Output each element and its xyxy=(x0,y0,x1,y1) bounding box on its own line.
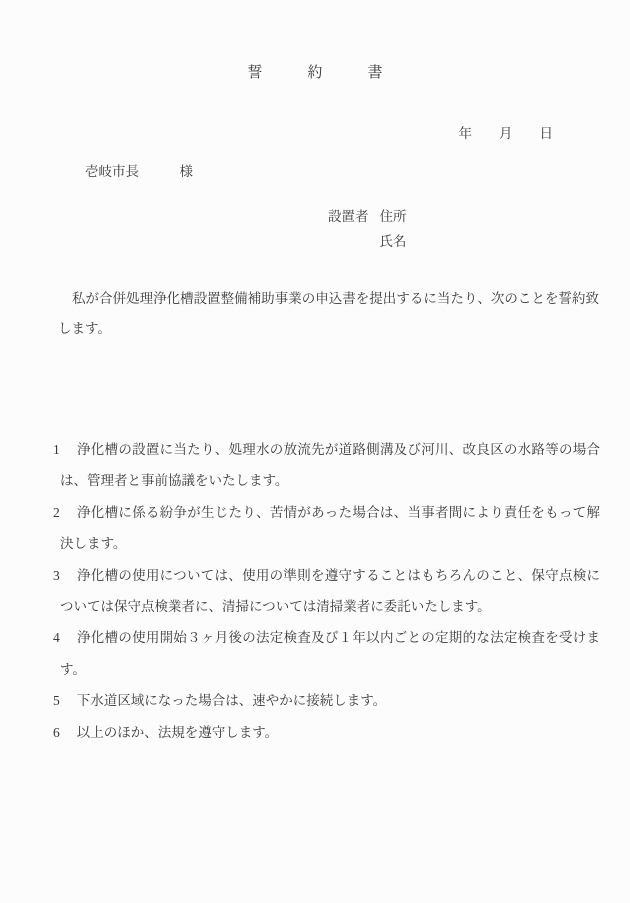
pledge-item-2-number: 2 xyxy=(53,505,60,520)
pledge-list: 1浄化槽の設置に当たり、処理水の放流先が道路側溝及び河川、改良区の水路等の場合は… xyxy=(53,434,600,748)
intro-paragraph: 私が合併処理浄化槽設置整備補助事業の申込書を提出するに当たり、次のことを誓約致し… xyxy=(58,284,599,344)
pledge-item-4-text: 浄化槽の使用開始３ヶ月後の法定検査及び１年以内ごとの定期的な法定検査を受けます。 xyxy=(60,630,600,676)
pledge-item-6: 6以上のほか、法規を遵守します。 xyxy=(53,717,600,748)
pledge-item-1: 1浄化槽の設置に当たり、処理水の放流先が道路側溝及び河川、改良区の水路等の場合は… xyxy=(53,434,600,497)
date-line: 年 月 日 xyxy=(0,124,553,144)
pledge-item-2-text: 浄化槽に係る紛争が生じたり、苦情があった場合は、当事者間により責任をもって解決し… xyxy=(60,505,600,551)
pledge-document-page: 誓 約 書 年 月 日 壱岐市長 様 設置者 住所 氏名 私が合併処理浄化槽設置… xyxy=(0,0,630,903)
pledge-item-1-number: 1 xyxy=(53,442,60,457)
installer-block: 設置者 住所 氏名 xyxy=(328,204,407,254)
pledge-item-1-text: 浄化槽の設置に当たり、処理水の放流先が道路側溝及び河川、改良区の水路等の場合は、… xyxy=(60,442,600,488)
pledge-item-6-text: 以上のほか、法規を遵守します。 xyxy=(77,725,278,740)
addressee-line: 壱岐市長 様 xyxy=(85,162,193,182)
pledge-item-5-number: 5 xyxy=(53,693,60,708)
document-title: 誓 約 書 xyxy=(0,62,630,84)
pledge-item-6-number: 6 xyxy=(53,725,60,740)
pledge-item-4-number: 4 xyxy=(53,630,60,645)
pledge-item-5: 5下水道区域になった場合は、速やかに接続します。 xyxy=(53,685,600,716)
pledge-item-3-text: 浄化槽の使用については、使用の準則を遵守することはもちろんのこと、保守点検につい… xyxy=(60,568,600,614)
installer-fields: 住所 氏名 xyxy=(380,204,407,254)
pledge-item-2: 2浄化槽に係る紛争が生じたり、苦情があった場合は、当事者間により責任をもって解決… xyxy=(53,497,600,560)
pledge-item-5-text: 下水道区域になった場合は、速やかに接続します。 xyxy=(77,693,386,708)
pledge-item-4: 4浄化槽の使用開始３ヶ月後の法定検査及び１年以内ごとの定期的な法定検査を受けます… xyxy=(53,622,600,685)
pledge-item-3-number: 3 xyxy=(53,568,60,583)
installer-label: 設置者 xyxy=(328,204,369,229)
installer-name-label: 氏名 xyxy=(380,229,407,254)
installer-address-label: 住所 xyxy=(380,204,407,229)
pledge-item-3: 3浄化槽の使用については、使用の準則を遵守することはもちろんのこと、保守点検につ… xyxy=(53,560,600,623)
